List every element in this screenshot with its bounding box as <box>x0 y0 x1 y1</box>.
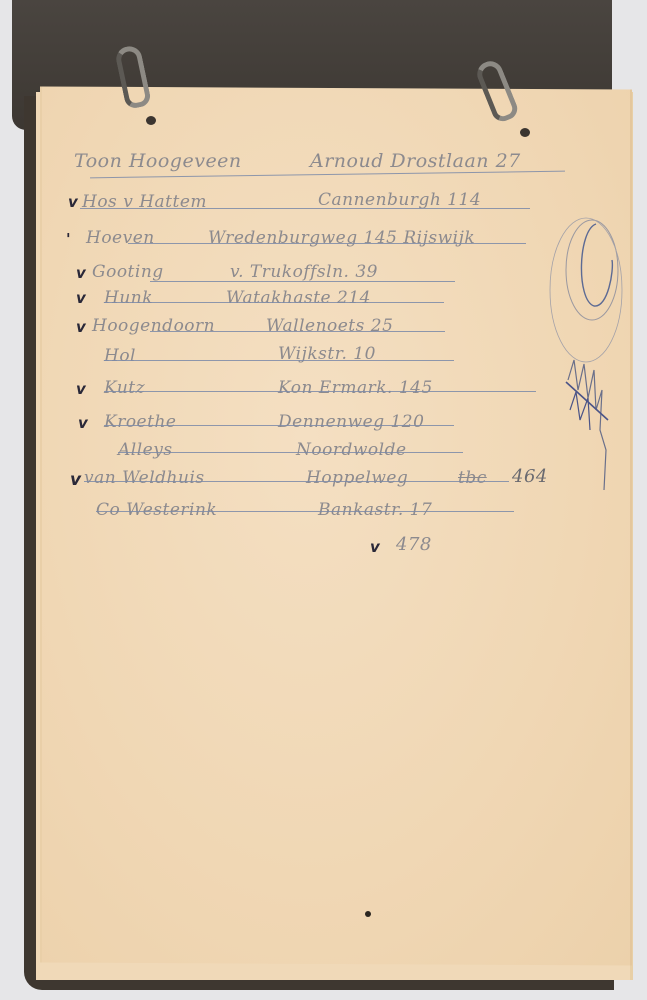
entry-address: Wallenoets 25 <box>266 316 393 336</box>
entry-address: v. Trukoffsln. 39 <box>230 262 378 282</box>
strikethrough-line <box>150 331 445 332</box>
entry-address: Hoppelweg <box>306 468 408 488</box>
strikethrough-line <box>96 511 514 512</box>
entry-name: Toon Hoogeveen <box>74 150 242 172</box>
entry-address: Watakhaste 214 <box>226 288 371 308</box>
entry-address: Arnoud Drostlaan 27 <box>310 150 521 172</box>
check-mark: v <box>76 264 86 282</box>
check-mark: v <box>68 193 78 211</box>
strikethrough-line <box>104 391 536 392</box>
entry-address: Wijkstr. 10 <box>278 344 376 364</box>
strikethrough-line <box>104 360 454 361</box>
strikethrough-line <box>104 425 454 426</box>
strikethrough-line <box>118 452 463 453</box>
tally-number: 478 <box>396 534 432 555</box>
entry-name: Hoogendoorn <box>92 316 215 336</box>
strikethrough-line <box>104 302 444 303</box>
entry-name: Kroethe <box>104 412 176 432</box>
entry-name: van Weldhuis <box>84 468 205 488</box>
check-mark: v <box>76 380 86 398</box>
entry-name: Hoeven <box>86 228 155 248</box>
entry-address: Bankastr. 17 <box>318 500 432 520</box>
entry-name: Hunk <box>104 288 153 308</box>
entry-name: Alleys <box>118 440 173 460</box>
entry-name: Co Westerink <box>96 500 217 520</box>
ring-hole-left <box>146 116 156 125</box>
entry-address: Kon Ermark. 145 <box>278 378 433 398</box>
entry-address: Cannenburgh 114 <box>318 190 481 210</box>
strikethrough-line <box>84 481 509 482</box>
entry-address: Noordwolde <box>296 440 407 460</box>
struck-number: tbc <box>458 468 487 488</box>
check-mark: v <box>76 289 86 307</box>
entry-address: Dennenweg 120 <box>278 412 424 432</box>
check-mark: v <box>76 318 86 336</box>
notebook-page <box>40 86 632 965</box>
blue-scribble-doodle <box>560 350 620 500</box>
entry-name: Hos v Hattem <box>82 192 207 212</box>
strikethrough-line <box>128 243 526 244</box>
ring-hole-right <box>520 128 530 137</box>
entry-name: Kutz <box>104 378 145 398</box>
check-mark: v <box>370 538 380 556</box>
check-mark: ' <box>66 230 71 248</box>
check-mark: v <box>78 414 88 432</box>
house-number: 464 <box>512 466 548 487</box>
entry-address: Wredenburgweg 145 Rijswijk <box>208 228 475 248</box>
entry-name: Gooting <box>92 262 164 282</box>
ink-spot <box>365 911 371 917</box>
strikethrough-line <box>80 208 530 209</box>
check-mark: v <box>70 470 81 490</box>
strikethrough-line <box>150 281 455 282</box>
entry-name: Hol <box>104 346 136 366</box>
